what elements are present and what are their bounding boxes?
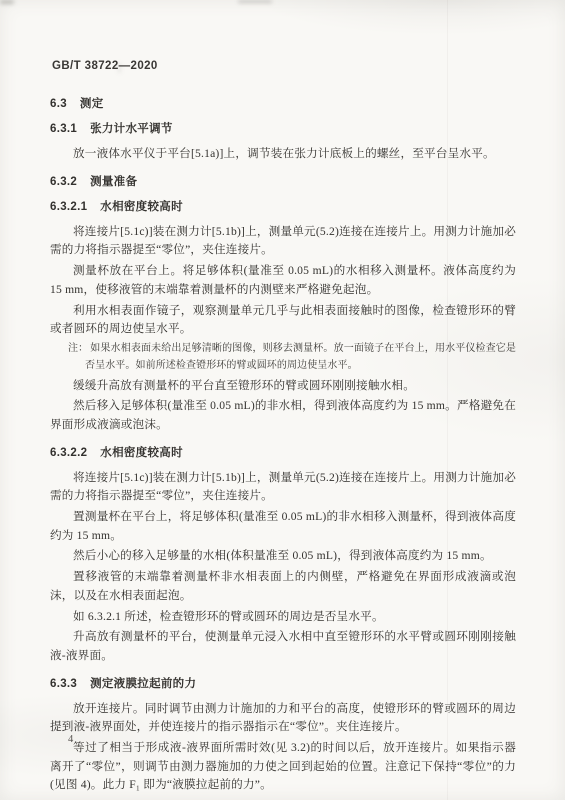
section-heading-6-3-2-1: 6.3.2.1水相密度较高时 [50, 198, 516, 214]
section-title: 测定液膜拉起前的力 [90, 678, 196, 690]
body-paragraph: 放一液体水平仪于平台[5.1a)]上，调节装在张力计底板上的螺丝，至平台呈水平。 [50, 145, 516, 164]
section-number: 6.3 [50, 98, 67, 110]
scan-artifact [0, 0, 14, 4]
section-title: 张力计水平调节 [90, 123, 173, 135]
note-paragraph: 注：如果水相表面未给出足够清晰的图像，则移去测量杯。放一面镜子在平台上，用水平仪… [50, 341, 516, 375]
page-content: GB/T 38722—2020 6.3测定 6.3.1张力计水平调节 放一液体水… [50, 60, 516, 797]
section-heading-6-3-2-2: 6.3.2.2水相密度较高时 [50, 444, 516, 460]
body-paragraph: 升高放有测量杯的平台，使测量单元浸入水相中直至镫形环的水平臂或圆环刚刚接触液-液… [50, 628, 516, 665]
body-paragraph: 放开连接片。同时调节由测力计施加的力和平台的高度，使镫形环的臂或圆环的周边提到液… [50, 700, 516, 737]
section-number: 6.3.2.2 [50, 447, 87, 459]
section-number: 6.3.2 [50, 176, 77, 188]
note-text: 如果水相表面未给出足够清晰的图像，则移去测量杯。放一面镜子在平台上，用水平仪检查… [85, 343, 516, 371]
body-paragraph: 如 6.3.2.1 所述，检查镫形环的臂或圆环的周边是否呈水平。 [50, 608, 516, 627]
section-number: 6.3.3 [50, 678, 77, 690]
body-paragraph: 置移液管的末端靠着测量杯非水相表面上的内侧壁，严格避免在界面形成液滴或泡沫，以及… [50, 568, 516, 605]
section-heading-6-3-3: 6.3.3测定液膜拉起前的力 [50, 675, 516, 691]
body-paragraph: 将连接片[5.1c)]装在测力计[5.1b)]上，测量单元(5.2)连接在连接片… [50, 223, 516, 260]
page-number: 4 [68, 734, 73, 745]
running-header: GB/T 38722—2020 [52, 60, 516, 72]
section-title: 测量准备 [90, 176, 137, 188]
body-paragraph: 然后小心的移入足够量的水相(体积量准至 0.05 mL)，得到液体高度约为 15… [50, 547, 516, 566]
section-number: 6.3.2.1 [50, 201, 87, 213]
section-heading-6-3-2: 6.3.2测量准备 [50, 173, 516, 189]
section-heading-6-3-1: 6.3.1张力计水平调节 [50, 120, 516, 136]
section-title: 水相密度较高时 [100, 447, 183, 459]
section-title: 测定 [80, 98, 104, 110]
body-paragraph: 然后移入足够体积(量准至 0.05 mL)的非水相，得到液体高度约为 15 mm… [50, 397, 516, 434]
body-paragraph: 利用水相表面作镜子，观察测量单元几乎与此相表面接触时的图像，检查镫形环的臂或者圆… [50, 302, 516, 339]
body-paragraph: 置测量杯在平台上，将足够体积(量准至 0.05 mL)的非水相移入测量杯，得到液… [50, 508, 516, 545]
section-title: 水相密度较高时 [100, 201, 183, 213]
body-paragraph: 等过了相当于形成液-液界面所需时效(见 3.2)的时间以后，放开连接片。如果指示… [50, 739, 516, 795]
scan-artifact [238, 0, 272, 3]
body-paragraph: 缓缓升高放有测量杯的平台直至镫形环的臂或圆环刚刚接触水相。 [50, 377, 516, 396]
section-heading-6-3: 6.3测定 [50, 95, 516, 111]
section-number: 6.3.1 [50, 123, 77, 135]
note-label: 注： [68, 343, 88, 354]
scanned-document-page: GB/T 38722—2020 6.3测定 6.3.1张力计水平调节 放一液体水… [0, 0, 565, 800]
body-paragraph: 测量杯放在平台上。将足够体积(量准至 0.05 mL)的水相移入测量杯。液体高度… [50, 262, 516, 299]
body-paragraph: 将连接片[5.1c)]装在测力计[5.1b)]上，测量单元(5.2)连接在连接片… [50, 469, 516, 506]
